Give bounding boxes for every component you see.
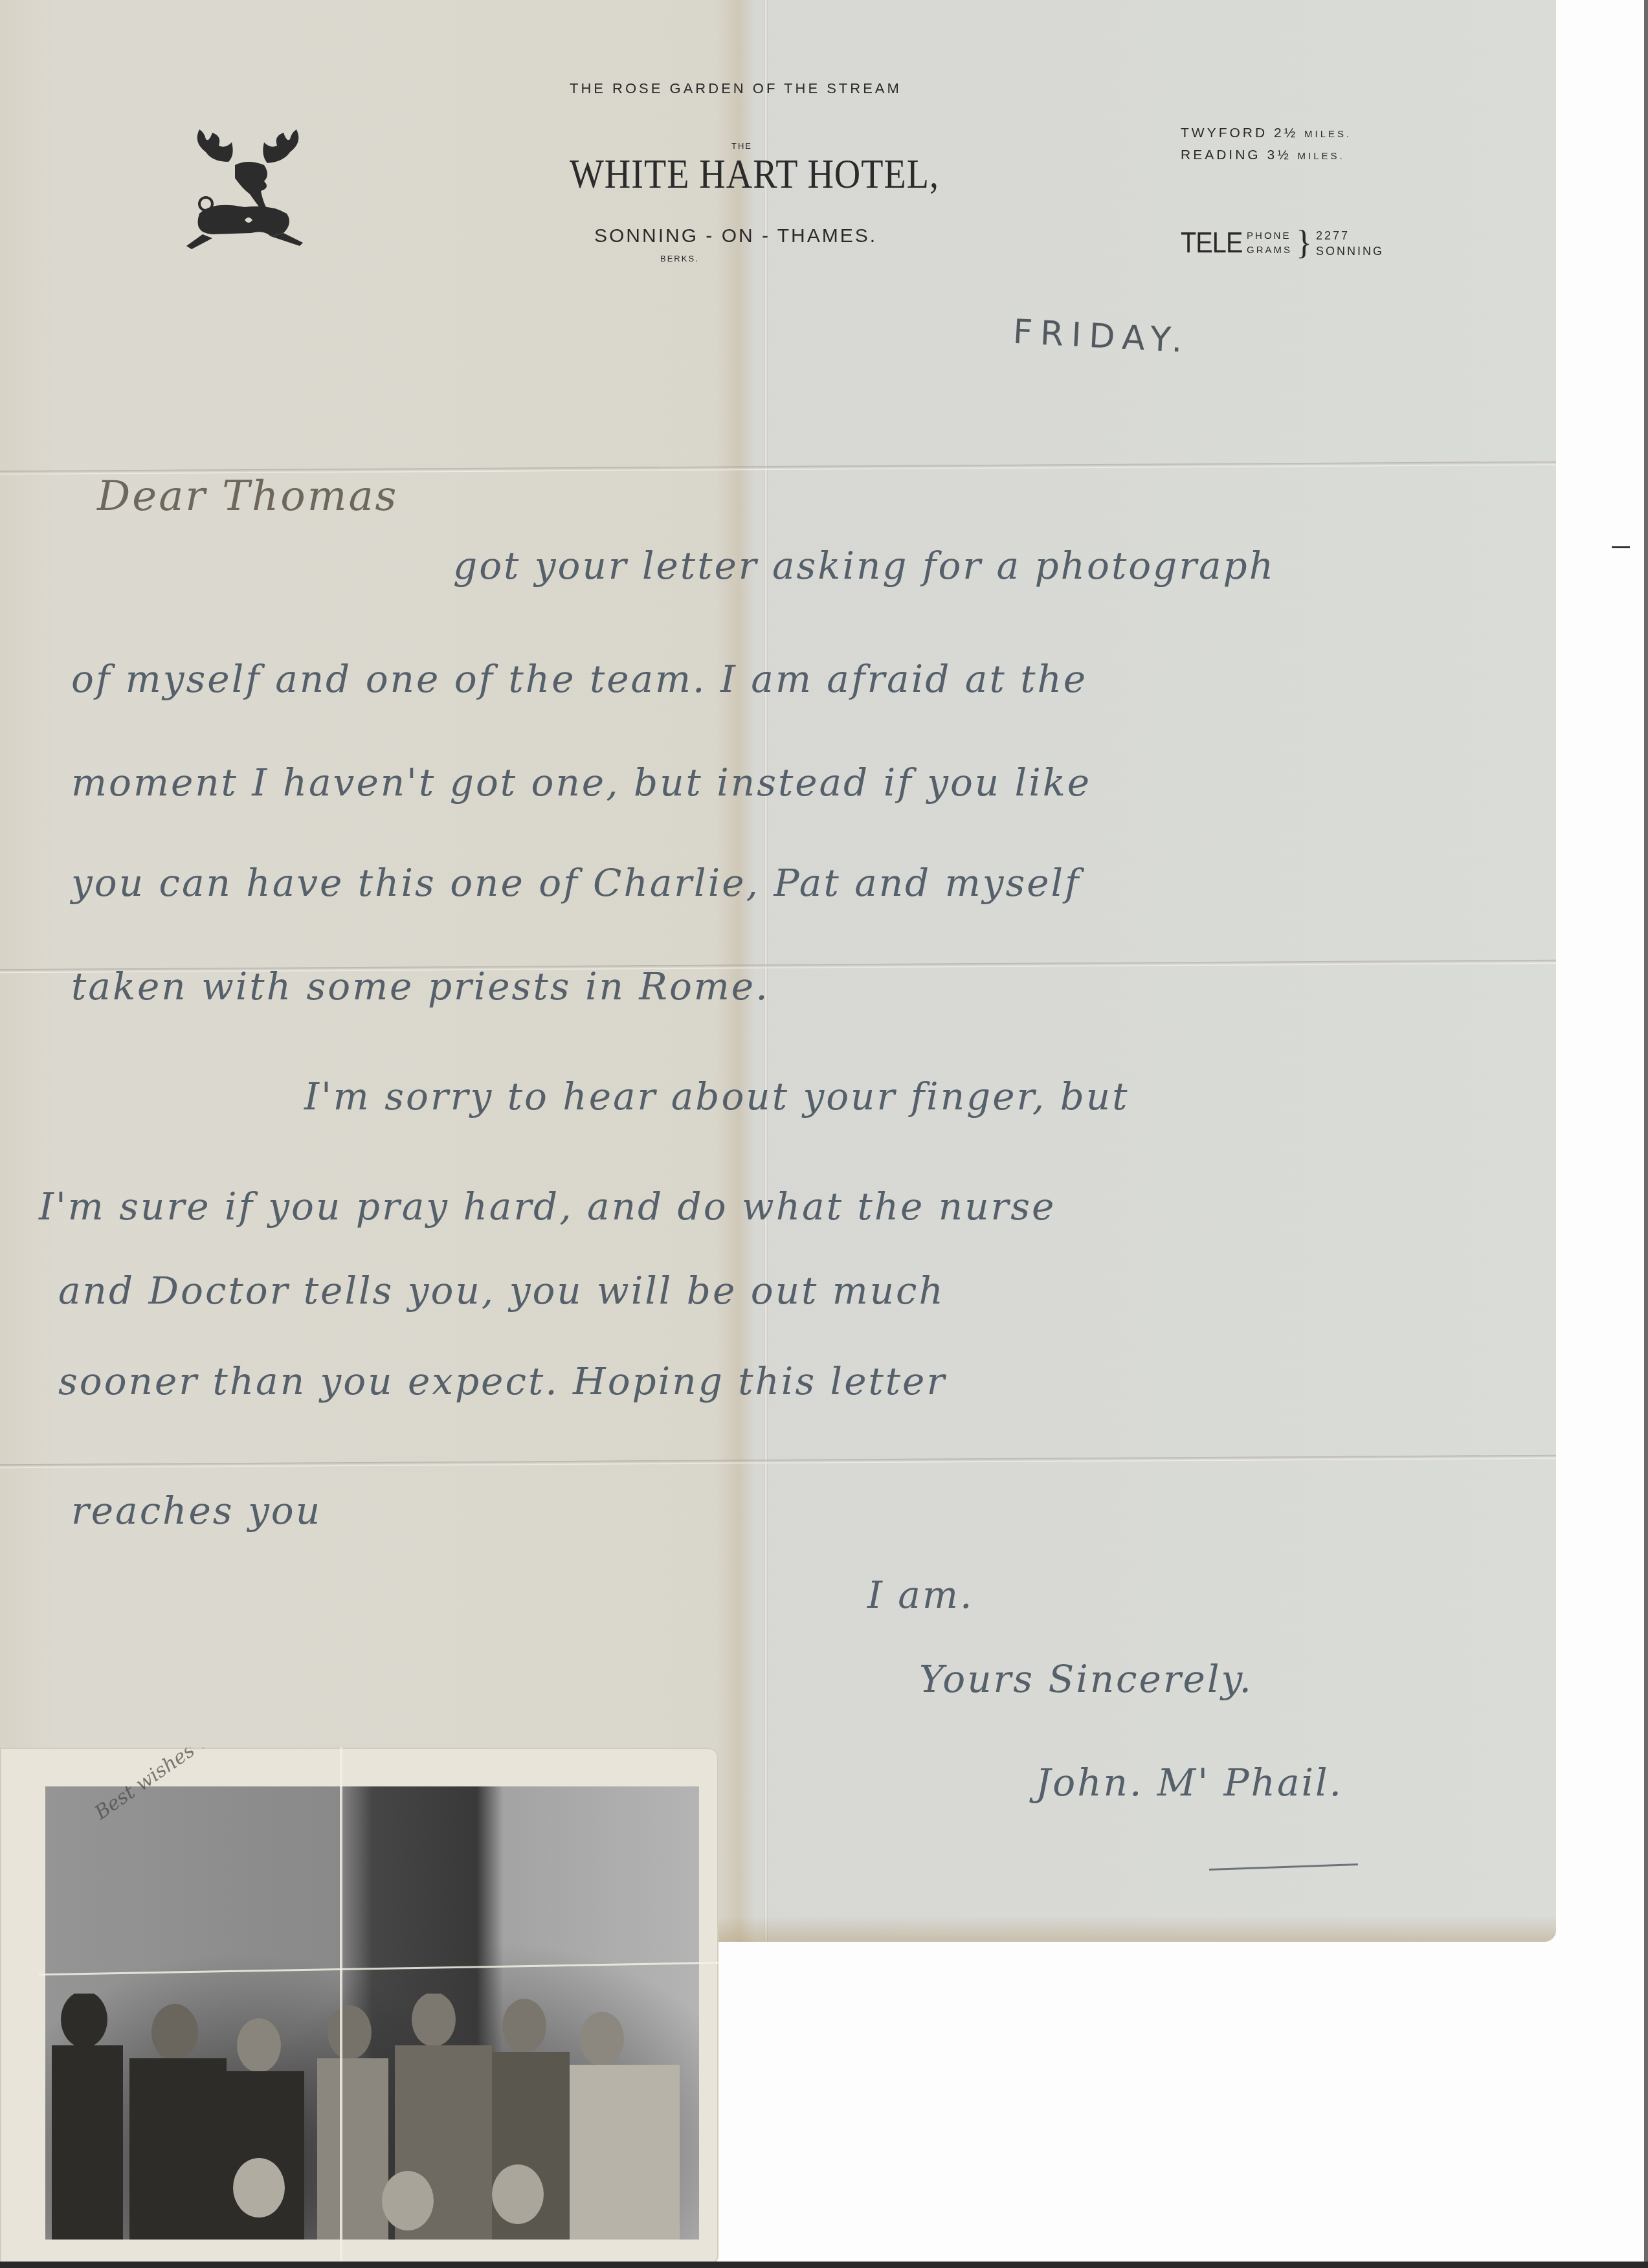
salutation: Dear Thomas — [97, 472, 398, 520]
telephone-block: TELE PHONE GRAMS } 2277 SONNING — [1181, 227, 1384, 260]
closing-yours-sincerely: Yours Sincerely. — [919, 1657, 1253, 1701]
hotel-name: WHITE HART HOTEL, — [570, 150, 939, 198]
letterhead-tagline: THE ROSE GARDEN OF THE STREAM — [570, 80, 902, 97]
letter-line: and Doctor tells you, you will be out mu… — [58, 1269, 945, 1313]
hotel-town: SONNING - ON - THAMES. — [594, 225, 877, 247]
photo-crease — [340, 1748, 342, 2265]
letter-date: FRIDAY. — [1012, 313, 1192, 361]
letter-line: I'm sorry to hear about your finger, but — [304, 1074, 1129, 1118]
letter-line: got your letter asking for a photograph — [453, 544, 1275, 588]
telegram-address: SONNING — [1316, 243, 1384, 259]
letter-line: of myself and one of the team. I am afra… — [71, 657, 1087, 701]
letter-line: sooner than you expect. Hoping this lett… — [58, 1359, 946, 1403]
horizontal-fold-crease — [0, 1455, 1556, 1469]
distances-block: TWYFORD 2½ MILES. READING 3½ MILES. — [1181, 123, 1352, 167]
tele-prefix: TELE — [1181, 227, 1242, 260]
letter-line: you can have this one of Charlie, Pat an… — [71, 861, 1081, 905]
hotel-county: BERKS. — [660, 254, 699, 263]
distance-row: READING 3½ MILES. — [1181, 145, 1352, 167]
phone-number: 2277 — [1316, 228, 1384, 243]
scanner-edge — [1644, 0, 1648, 2268]
letter-line: reaches you — [71, 1489, 322, 1533]
letter-line: taken with some priests in Rome. — [71, 964, 770, 1008]
photograph: Best wishes Thomas — [0, 1748, 718, 2265]
phone-label: PHONE — [1247, 229, 1292, 243]
letterhead-the: THE — [731, 141, 752, 151]
stag-crest-icon — [173, 117, 322, 259]
signature-underline — [1209, 1863, 1358, 1871]
letter-line: I'm sure if you pray hard, and do what t… — [39, 1184, 1056, 1228]
signature: John. M' Phail. — [1036, 1761, 1343, 1805]
brace-icon: } — [1296, 227, 1312, 260]
letter-sheet: THE ROSE GARDEN OF THE STREAM THE WHITE … — [0, 0, 1556, 1942]
scan-mark — [1612, 546, 1630, 548]
letter-line: moment I haven't got one, but instead if… — [71, 761, 1091, 805]
distance-row: TWYFORD 2½ MILES. — [1181, 123, 1352, 145]
closing-i-am: I am. — [867, 1573, 974, 1617]
grams-label: GRAMS — [1247, 243, 1292, 258]
group-of-people-illustration — [45, 1994, 699, 2240]
scanner-edge — [0, 2262, 1648, 2268]
